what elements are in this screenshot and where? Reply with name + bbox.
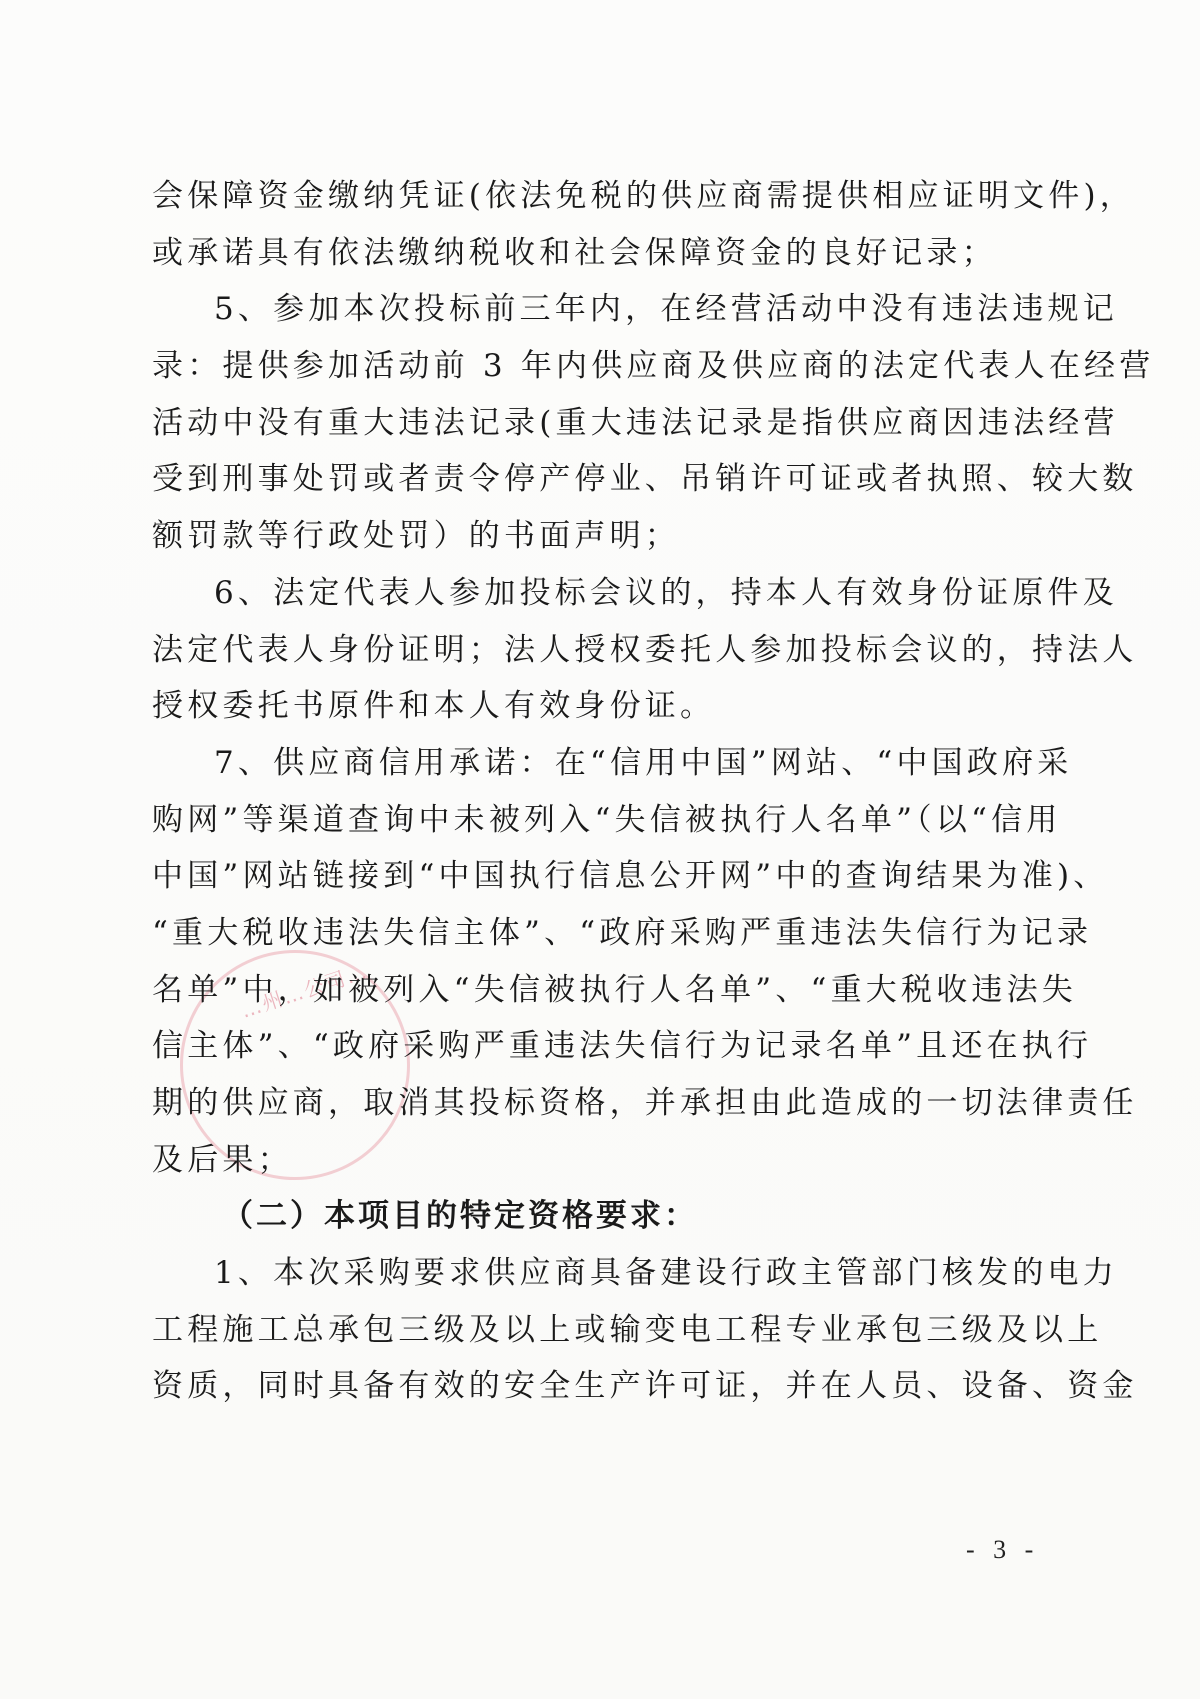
text-line: 会保障资金缴纳凭证(依法免税的供应商需提供相应证明文件)， bbox=[152, 176, 1052, 233]
text-line: 名单”中，如被列入“失信被执行人名单”、“重大税收违法失 bbox=[152, 970, 1052, 1027]
text-line: 活动中没有重大违法记录(重大违法记录是指供应商因违法经营 bbox=[152, 403, 1052, 460]
section-heading: （二）本项目的特定资格要求： bbox=[152, 1196, 1052, 1253]
text-line: 法定代表人身份证明；法人授权委托人参加投标会议的，持法人 bbox=[152, 630, 1052, 687]
text-line: 工程施工总承包三级及以上或输变电工程专业承包三级及以上 bbox=[152, 1310, 1052, 1367]
text-line: “重大税收违法失信主体”、“政府采购严重违法失信行为记录 bbox=[152, 913, 1052, 970]
text-line: 中国”网站链接到“中国执行信息公开网”中的查询结果为准)、 bbox=[152, 856, 1052, 913]
text-line: 录：提供参加活动前 3 年内供应商及供应商的法定代表人在经营 bbox=[152, 346, 1052, 403]
text-line: 资质，同时具备有效的安全生产许可证，并在人员、设备、资金 bbox=[152, 1366, 1052, 1423]
list-item-1: 1、本次采购要求供应商具备建设行政主管部门核发的电力 bbox=[152, 1253, 1052, 1310]
document-body: 会保障资金缴纳凭证(依法免税的供应商需提供相应证明文件)， 或承诺具有依法缴纳税… bbox=[152, 176, 1052, 1423]
document-page: …州…公司… 会保障资金缴纳凭证(依法免税的供应商需提供相应证明文件)， 或承诺… bbox=[0, 0, 1200, 1699]
list-item-7: 7、供应商信用承诺：在“信用中国”网站、“中国政府采 bbox=[152, 743, 1052, 800]
list-item-6: 6、法定代表人参加投标会议的，持本人有效身份证原件及 bbox=[152, 573, 1052, 630]
list-item-5: 5、参加本次投标前三年内，在经营活动中没有违法违规记 bbox=[152, 289, 1052, 346]
text-line: 授权委托书原件和本人有效身份证。 bbox=[152, 686, 1052, 743]
text-line: 或承诺具有依法缴纳税收和社会保障资金的良好记录； bbox=[152, 233, 1052, 290]
text-line: 额罚款等行政处罚）的书面声明； bbox=[152, 516, 1052, 573]
text-line: 及后果； bbox=[152, 1140, 1052, 1197]
text-line: 购网”等渠道查询中未被列入“失信被执行人名单”（以“信用 bbox=[152, 800, 1052, 857]
text-line: 期的供应商，取消其投标资格，并承担由此造成的一切法律责任 bbox=[152, 1083, 1052, 1140]
text-line: 受到刑事处罚或者责令停产停业、吊销许可证或者执照、较大数 bbox=[152, 459, 1052, 516]
page-number: - 3 - bbox=[966, 1535, 1039, 1565]
text-line: 信主体”、“政府采购严重违法失信行为记录名单”且还在执行 bbox=[152, 1026, 1052, 1083]
